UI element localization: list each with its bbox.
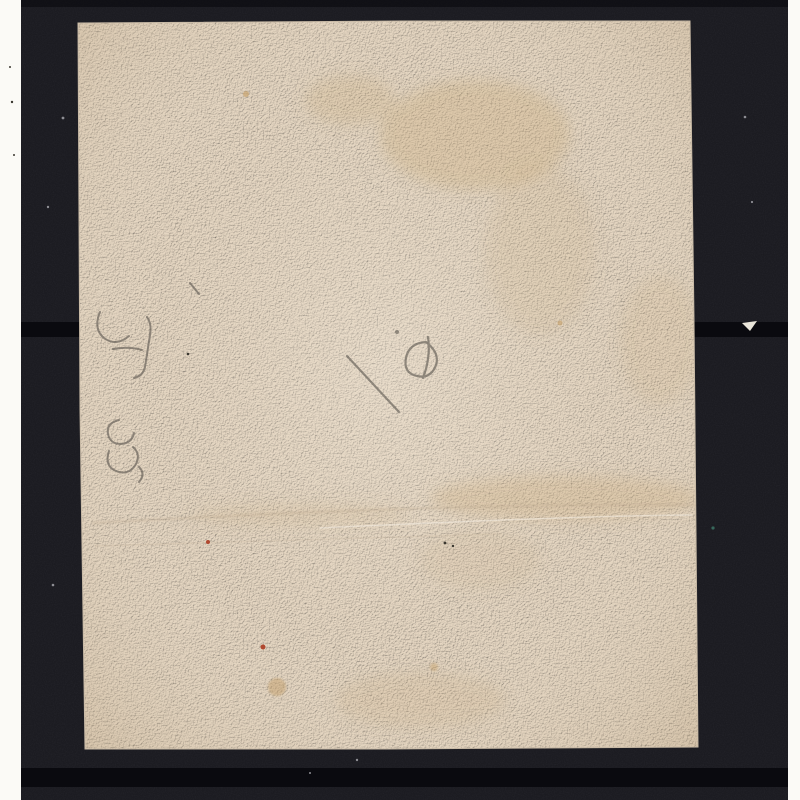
stain <box>430 476 700 520</box>
spot <box>243 91 249 97</box>
dark-speck <box>452 545 454 547</box>
red-speck <box>261 645 266 650</box>
speck <box>11 101 13 103</box>
speck <box>309 772 311 774</box>
dark-speck <box>187 353 190 356</box>
speck <box>744 116 747 119</box>
card-top-shadow-band <box>21 0 788 7</box>
stamp-photo <box>0 0 800 800</box>
speck <box>751 201 753 203</box>
stamp-back <box>78 21 700 749</box>
stain <box>335 672 505 728</box>
stain <box>485 165 595 335</box>
speck <box>47 206 49 208</box>
card-bottom-shadow-band <box>21 768 788 787</box>
red-speck <box>206 540 210 544</box>
stamp-photo-svg <box>0 0 800 800</box>
speck <box>62 117 65 120</box>
stain <box>620 275 700 405</box>
spot <box>558 321 563 326</box>
speck <box>356 759 358 761</box>
speck <box>9 66 11 68</box>
stain <box>420 530 540 590</box>
stain <box>305 75 395 125</box>
pencil-dot <box>395 330 399 334</box>
spot <box>430 663 438 671</box>
spot <box>268 678 286 696</box>
stain <box>190 503 410 527</box>
dark-speck <box>444 542 447 545</box>
teal-dust-speck <box>711 526 714 529</box>
speck <box>52 584 55 587</box>
speck <box>13 154 15 156</box>
